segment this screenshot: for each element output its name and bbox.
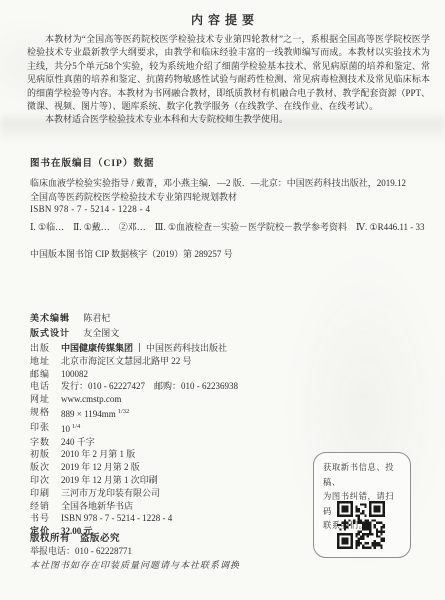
website-label: 网址 bbox=[30, 393, 61, 406]
impression-row: 印次 2019 年 12 月第 1 次印刷 bbox=[30, 474, 238, 487]
wordcount-value: 240 千字 bbox=[61, 436, 95, 449]
layout-design-name: 友全图文 bbox=[83, 328, 119, 338]
address-row: 地址 北京市海淀区文慧园北路甲 22 号 bbox=[30, 355, 238, 368]
sheets-fraction: 1/4 bbox=[72, 423, 80, 430]
postcode-row: 邮编 100082 bbox=[30, 368, 238, 381]
cip-isbn: ISBN 978 - 7 - 5214 - 1228 - 4 bbox=[30, 204, 150, 214]
summary-paragraph-1: 本教材为“全国高等医药院校医学检验技术专业第四轮教材”之一，系根据全国高等医学院… bbox=[27, 33, 430, 113]
postcode-label: 邮编 bbox=[30, 368, 61, 381]
summary-paragraph-2: 本教材适合医学检验技术专业本科和大专院校师生教学使用。 bbox=[27, 113, 430, 126]
edition-label: 版次 bbox=[30, 461, 61, 474]
publisher-divider bbox=[139, 343, 140, 352]
art-editor-row: 美术编辑 陈君杞 bbox=[30, 311, 119, 326]
content-summary-body: 本教材为“全国高等医药院校医学检验技术专业第四轮教材”之一，系根据全国高等医学院… bbox=[27, 33, 430, 127]
format-row: 规格 889 × 1194mm1/32 bbox=[30, 406, 238, 421]
qr-contact-box: 获取新书信息、投稿、 为图书纠错，请扫码 联系我们。 bbox=[313, 452, 411, 558]
printer-label: 印刷 bbox=[30, 487, 61, 500]
printer-value: 三河市万龙印装有限公司 bbox=[61, 487, 160, 500]
qr-code-icon bbox=[337, 501, 385, 549]
report-phone: 举报电话：010 - 62228771 bbox=[30, 544, 132, 557]
postcode-value: 100082 bbox=[61, 368, 88, 381]
art-editor-name: 陈君杞 bbox=[83, 313, 110, 323]
address-value: 北京市海淀区文慧园北路甲 22 号 bbox=[61, 355, 192, 368]
distributor-row: 经销 全国各地新华书店 bbox=[30, 500, 238, 513]
format-label: 规格 bbox=[30, 406, 61, 421]
publisher-label: 出版 bbox=[30, 342, 61, 355]
publisher-row: 出版 中国健康传媒集团中国医药科技出版社 bbox=[30, 342, 238, 355]
website-value: www.cmstp.com bbox=[61, 393, 121, 406]
copyright-notice: 版权所有 盗版必究 bbox=[30, 530, 120, 544]
cip-heading: 图书在版编目（CIP）数据 bbox=[30, 155, 154, 169]
impression-value: 2019 年 12 月第 1 次印刷 bbox=[61, 474, 158, 487]
book-number-label: 书号 bbox=[30, 512, 61, 525]
credits-block: 美术编辑 陈君杞 版式设计 友全图文 bbox=[30, 311, 119, 341]
sheets-row: 印张 101/4 bbox=[30, 421, 238, 436]
cip-record-line-2: 全国高等医药院校医学检验技术专业第四轮规划教材 bbox=[30, 190, 237, 203]
first-edition-value: 2010 年 2 月第 1 版 bbox=[61, 448, 135, 461]
publisher-value: 中国健康传媒集团中国医药科技出版社 bbox=[61, 342, 227, 355]
content-summary-title: 内容提要 bbox=[0, 11, 445, 28]
distributor-value: 全国各地新华书店 bbox=[61, 500, 133, 513]
book-copyright-page: 内容提要 本教材为“全国高等医药院校医学检验技术专业第四轮教材”之一，系根据全国… bbox=[0, 0, 445, 600]
cip-record-line-1: 临床血液学检验实验指导 / 戴菁，邓小燕主编．—2 版．—北京：中国医药科技出版… bbox=[30, 176, 406, 189]
qr-text-line-1: 获取新书信息、投稿、 bbox=[323, 461, 401, 490]
edition-row: 版次 2019 年 12 月第 2 版 bbox=[30, 461, 238, 474]
phone-row: 电话 发行：010 - 62227427 邮购：010 - 62236938 bbox=[30, 380, 238, 393]
format-value: 889 × 1194mm1/32 bbox=[61, 406, 129, 421]
printer-row: 印刷 三河市万龙印装有限公司 bbox=[30, 487, 238, 500]
address-label: 地址 bbox=[30, 355, 61, 368]
edition-value: 2019 年 12 月第 2 版 bbox=[61, 461, 140, 474]
sheets-label: 印张 bbox=[30, 421, 61, 436]
sheets-value: 101/4 bbox=[61, 421, 80, 436]
layout-design-row: 版式设计 友全图文 bbox=[30, 326, 119, 341]
first-edition-label: 初版 bbox=[30, 448, 61, 461]
phone-value: 发行：010 - 62227427 邮购：010 - 62236938 bbox=[61, 380, 238, 393]
format-fraction: 1/32 bbox=[118, 408, 130, 415]
website-row: 网址 www.cmstp.com bbox=[30, 393, 238, 406]
publisher-group: 中国健康传媒集团 bbox=[61, 343, 133, 353]
wordcount-label: 字数 bbox=[30, 436, 61, 449]
cip-registry-number: 中国版本图书馆 CIP 数据核字（2019）第 289257 号 bbox=[30, 247, 233, 260]
impression-label: 印次 bbox=[30, 474, 61, 487]
quality-note: 本社图书如存在印装质量问题请与本社联系调换 bbox=[30, 558, 240, 571]
art-editor-label: 美术编辑 bbox=[30, 313, 70, 323]
first-edition-row: 初版 2010 年 2 月第 1 版 bbox=[30, 448, 238, 461]
phone-label: 电话 bbox=[30, 380, 61, 393]
book-number-value: ISBN 978 - 7 - 5214 - 1228 - 4 bbox=[61, 512, 172, 525]
book-number-row: 书号 ISBN 978 - 7 - 5214 - 1228 - 4 bbox=[30, 512, 238, 525]
publisher-press: 中国医药科技出版社 bbox=[146, 343, 227, 353]
distributor-label: 经销 bbox=[30, 500, 61, 513]
layout-design-label: 版式设计 bbox=[30, 328, 70, 338]
colophon-block: 出版 中国健康传媒集团中国医药科技出版社 地址 北京市海淀区文慧园北路甲 22 … bbox=[30, 342, 238, 538]
wordcount-row: 字数 240 千字 bbox=[30, 436, 238, 449]
cip-classification: Ⅰ. ①临… Ⅱ. ①戴… ②邓… Ⅲ. ①血液检查－实验－医学院校－教学参考资… bbox=[30, 220, 425, 233]
